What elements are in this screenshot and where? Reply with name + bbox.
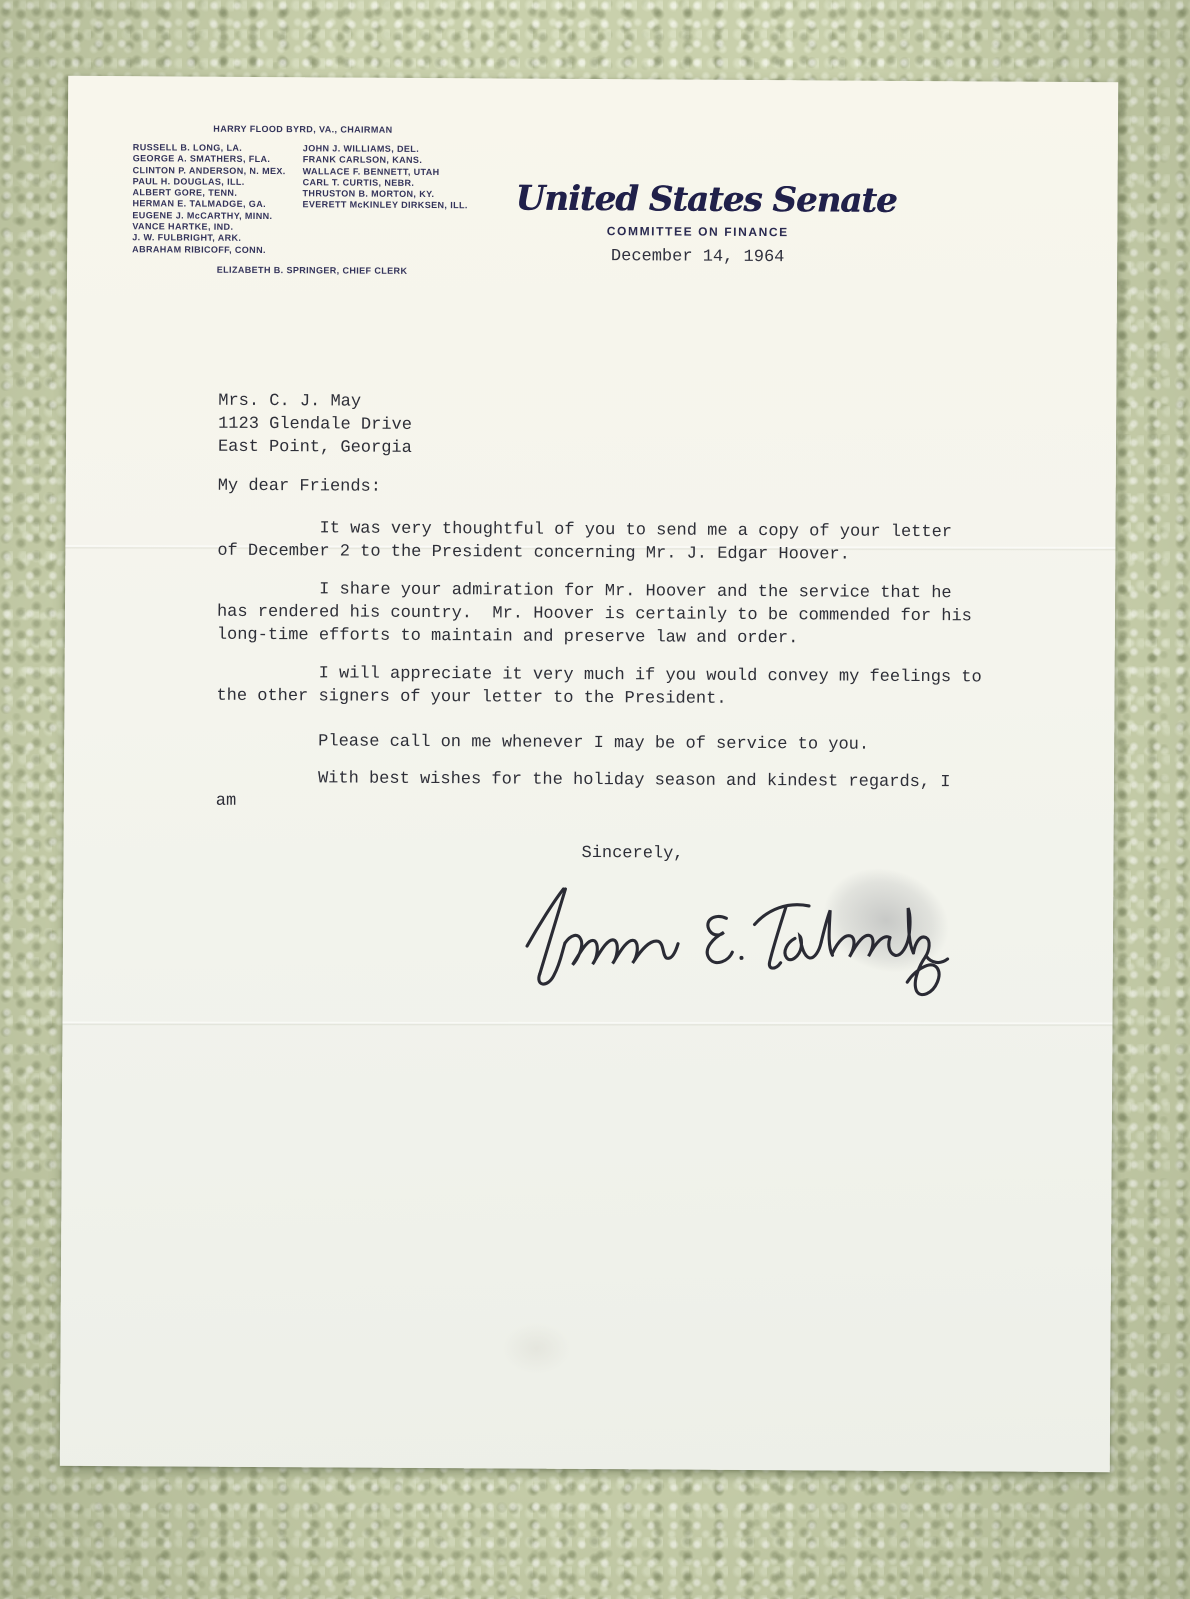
paragraph: Please call on me whenever I may be of s… xyxy=(216,730,1046,758)
faint-smudge xyxy=(486,1310,586,1386)
signature-block xyxy=(515,867,966,1015)
letter-body: Mrs. C. J. May 1123 Glendale Drive East … xyxy=(215,390,1048,868)
paragraph: It was very thoughtful of you to send me… xyxy=(217,517,1047,568)
letterhead-member: J. W. FULBRIGHT, ARK. xyxy=(132,233,302,245)
paragraph: I will appreciate it very much if you wo… xyxy=(216,662,1046,713)
letterhead-member: EVERETT McKINLEY DIRKSEN, ILL. xyxy=(302,200,502,213)
letterhead-member-columns: RUSSELL B. LONG, LA. GEORGE A. SMATHERS,… xyxy=(132,142,533,257)
letterhead-member: FRANK CARLSON, KANS. xyxy=(303,155,503,168)
paragraph: I share your admiration for Mr. Hoover a… xyxy=(217,578,1047,652)
letter-date: December 14, 1964 xyxy=(515,247,880,268)
organization-title: United States Senate xyxy=(515,179,880,221)
letterhead-member: HERMAN E. TALMADGE, GA. xyxy=(132,199,302,211)
letterhead-chairman: HARRY FLOOD BYRD, VA., CHAIRMAN xyxy=(133,123,473,136)
paragraph: With best wishes for the holiday season … xyxy=(216,767,1046,818)
letterhead-members-left: RUSSELL B. LONG, LA. GEORGE A. SMATHERS,… xyxy=(132,142,303,256)
closing: Sincerely, xyxy=(581,842,1045,868)
masthead: United States Senate COMMITTEE ON FINANC… xyxy=(515,179,881,268)
letterhead-member: ABRAHAM RIBICOFF, CONN. xyxy=(132,244,302,256)
letterhead-chief-clerk: ELIZABETH B. SPRINGER, CHIEF CLERK xyxy=(142,264,482,277)
recipient-address: Mrs. C. J. May 1123 Glendale Drive East … xyxy=(218,390,1048,464)
signature-herman-e-talmadge xyxy=(513,861,967,1019)
committee-name: COMMITTEE ON FINANCE xyxy=(515,224,880,240)
letterhead-members-right: JOHN J. WILLIAMS, DEL. FRANK CARLSON, KA… xyxy=(302,143,503,257)
letterhead-member: CLINTON P. ANDERSON, N. MEX. xyxy=(133,165,303,177)
fold-crease-bottom xyxy=(62,1022,1112,1027)
letterhead-member: GEORGE A. SMATHERS, FLA. xyxy=(133,153,303,165)
letter-page: HARRY FLOOD BYRD, VA., CHAIRMAN RUSSELL … xyxy=(60,76,1118,1472)
salutation: My dear Friends: xyxy=(218,475,1048,503)
